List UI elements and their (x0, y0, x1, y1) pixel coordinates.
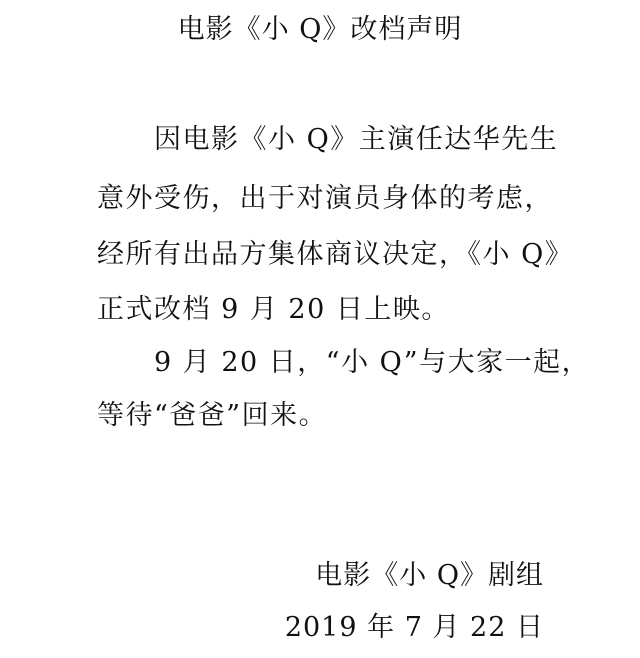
announcement-page: 电影《小 Q》改档声明 因电影《小 Q》主演任达华先生 意外受伤，出于对演员身体… (0, 0, 640, 658)
paragraph-line: 意外受伤，出于对演员身体的考虑， (97, 181, 553, 217)
signature-organization: 电影《小 Q》剧组 (315, 558, 544, 594)
paragraph-line: 因电影《小 Q》主演任达华先生 (154, 122, 558, 158)
paragraph-line: 等待“爸爸”回来。 (97, 398, 327, 434)
document-title: 电影《小 Q》改档声明 (0, 12, 640, 48)
signature-date: 2019 年 7 月 22 日 (285, 610, 544, 646)
paragraph-line: 9 月 20 日，“小 Q”与大家一起， (154, 345, 590, 381)
paragraph-line: 经所有出品方集体商议决定，《小 Q》 (97, 237, 573, 273)
paragraph-line: 正式改档 9 月 20 日上映。 (97, 292, 450, 328)
